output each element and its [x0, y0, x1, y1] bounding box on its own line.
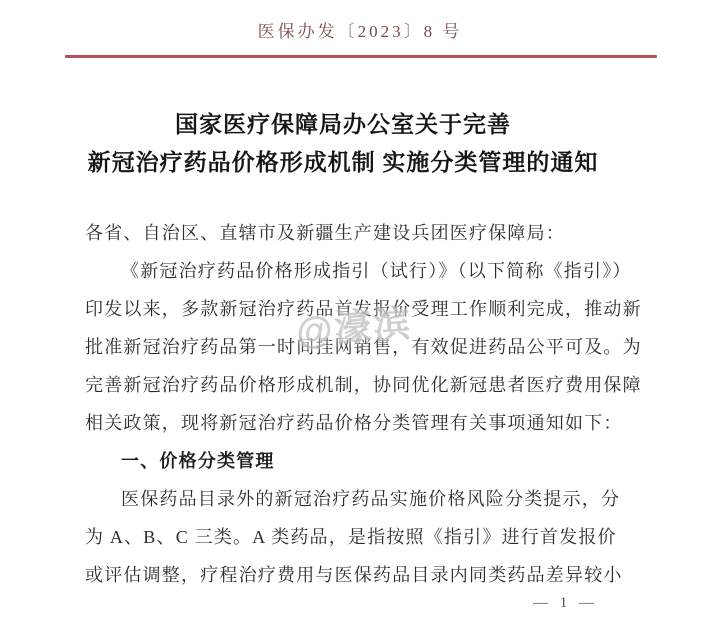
doc-number: 医保办发〔2023〕8 号 [0, 19, 720, 45]
section-heading: 一、价格分类管理 [85, 442, 627, 480]
red-header-divider [65, 55, 657, 58]
salutation-line: 各省、自治区、直辖市及新疆生产建设兵团医疗保障局： [85, 214, 627, 252]
paragraph-line: 为 A、B、C 三类。A 类药品，是指按照《指引》进行首发报价 [85, 518, 627, 556]
paragraph-line: 《新冠治疗药品价格形成指引（试行）》（以下简称《指引》） [85, 252, 627, 290]
document-body: 各省、自治区、直辖市及新疆生产建设兵团医疗保障局： 《新冠治疗药品价格形成指引（… [85, 214, 627, 594]
paragraph-line: 或评估调整，疗程治疗费用与医保药品目录内同类药品差异较小 [85, 556, 627, 594]
paragraph-line: 医保药品目录外的新冠治疗药品实施价格风险分类提示，分 [85, 480, 627, 518]
document-page: 医保办发〔2023〕8 号 国家医疗保障局办公室关于完善 新冠治疗药品价格形成机… [0, 0, 720, 630]
document-title-line2: 新冠治疗药品价格形成机制 实施分类管理的通知 [0, 144, 686, 182]
page-number: — 1 — [533, 593, 598, 613]
document-title: 国家医疗保障局办公室关于完善 新冠治疗药品价格形成机制 实施分类管理的通知 [0, 106, 686, 182]
paragraph-line: 印发以来，多款新冠治疗药品首发报价受理工作顺利完成，推动新 [85, 290, 627, 328]
paragraph-line: 相关政策，现将新冠治疗药品价格分类管理有关事项通知如下： [85, 404, 627, 442]
paragraph-line: 批准新冠治疗药品第一时间挂网销售，有效促进药品公平可及。为 [85, 328, 627, 366]
paragraph-line: 完善新冠治疗药品价格形成机制，协同优化新冠患者医疗费用保障 [85, 366, 627, 404]
document-title-line1: 国家医疗保障局办公室关于完善 [0, 106, 686, 144]
